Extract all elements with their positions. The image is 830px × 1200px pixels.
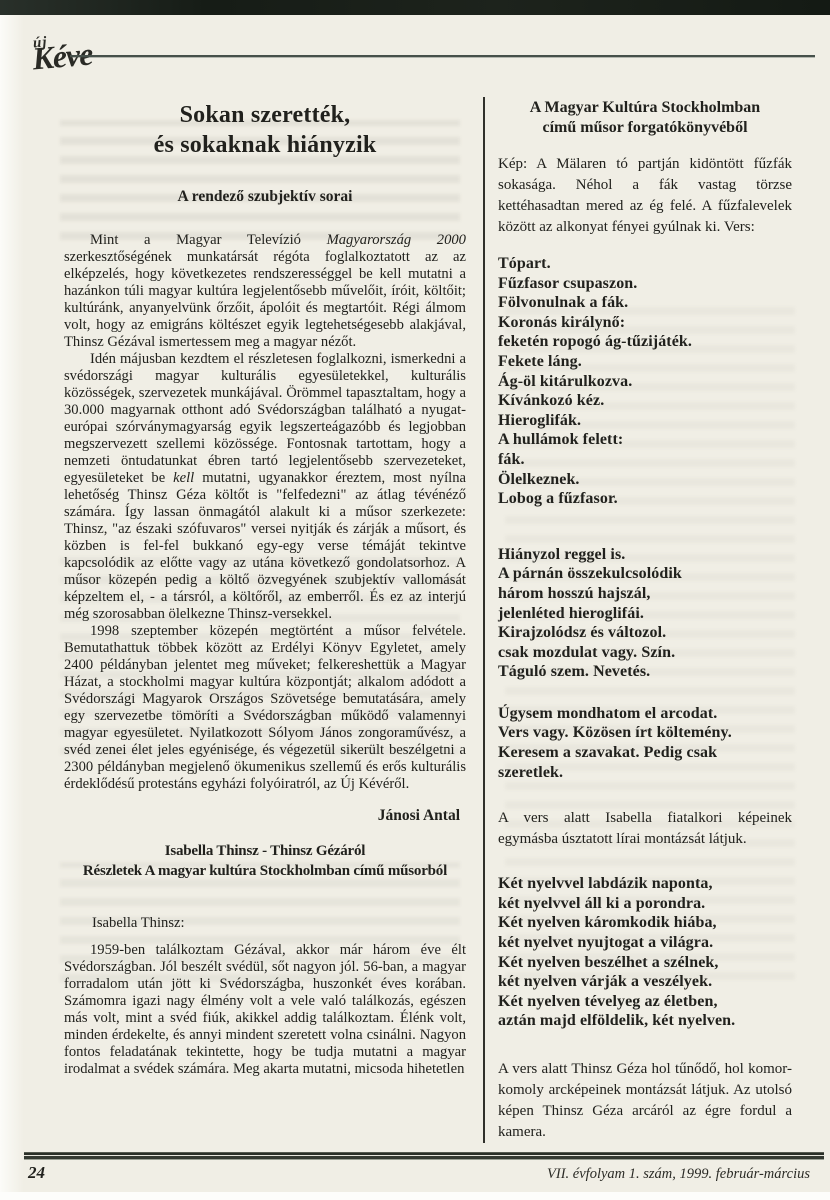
poem-stanza-4: Két nyelvvel labdázik naponta, két nyelv… bbox=[498, 874, 792, 1031]
left-column: Sokan szerették, és sokaknak hiányzik A … bbox=[64, 96, 466, 1078]
text-run: Idén májusban kezdtem el részletesen fog… bbox=[64, 351, 466, 486]
script-title: A Magyar Kultúra Stockholmban című műsor… bbox=[498, 98, 792, 138]
italic-text-run: kell bbox=[173, 470, 194, 486]
scan-edge-bottom bbox=[0, 1192, 830, 1200]
text-run: mutatni, ugyanakkor éreztem, most nyílna… bbox=[64, 470, 466, 622]
footer-rule bbox=[24, 1152, 824, 1160]
italic-text-run: Magyarország 2000 bbox=[327, 232, 466, 248]
magazine-logo: új Kéve bbox=[30, 31, 93, 74]
poem-stanza-2: Hiányzol reggel is. A párnán összekulcso… bbox=[498, 545, 792, 682]
right-column: A Magyar Kultúra Stockholmban című műsor… bbox=[498, 96, 792, 1143]
header-rule bbox=[70, 55, 815, 57]
scan-edge-left bbox=[0, 15, 24, 1200]
page-number: 24 bbox=[28, 1163, 45, 1183]
author-byline: Jánosi Antal bbox=[64, 807, 466, 825]
text-run: szerkesztőségének munkatársát régóta fog… bbox=[64, 249, 466, 350]
scan-edge-top bbox=[0, 0, 830, 15]
article-paragraph-1: Mint a Magyar Televízió Magyarország 200… bbox=[64, 232, 466, 351]
page-footer: 24 VII. évfolyam 1. szám, 1999. február-… bbox=[28, 1163, 810, 1183]
text-run: Mint a Magyar Televízió bbox=[90, 232, 327, 248]
speaker-label: Isabella Thinsz: bbox=[64, 915, 466, 932]
article-paragraph-3: 1998 szeptember közepén megtörtént a műs… bbox=[64, 623, 466, 793]
article-title: Sokan szerették, és sokaknak hiányzik bbox=[64, 100, 466, 160]
poem-stanza-3: Úgysem mondhatom el arcodat. Vers vagy. … bbox=[498, 704, 792, 782]
article-paragraph-4: 1959-ben találkoztam Gézával, akkor már … bbox=[64, 942, 466, 1078]
scanned-page: új Kéve Sokan szerették, és sokaknak hiá… bbox=[0, 0, 830, 1200]
poem-stanza-1: Tópart. Fűzfasor csupaszon. Fölvonulnak … bbox=[498, 254, 792, 509]
issue-info: VII. évfolyam 1. szám, 1999. február-már… bbox=[547, 1166, 810, 1183]
scene-description: Kép: A Mälaren tó partján kidöntött fűzf… bbox=[498, 154, 792, 238]
montage-note-1: A vers alatt Isabella fiatalkori képeine… bbox=[498, 808, 792, 850]
montage-note-2: A vers alatt Thinsz Géza hol tűnődő, hol… bbox=[498, 1059, 792, 1143]
section-title: Isabella Thinsz - Thinsz Gézáról Részlet… bbox=[64, 841, 466, 881]
article-subtitle: A rendező szubjektív sorai bbox=[64, 188, 466, 206]
article-paragraph-2: Idén májusban kezdtem el részletesen fog… bbox=[64, 351, 466, 623]
column-divider bbox=[483, 97, 485, 1143]
